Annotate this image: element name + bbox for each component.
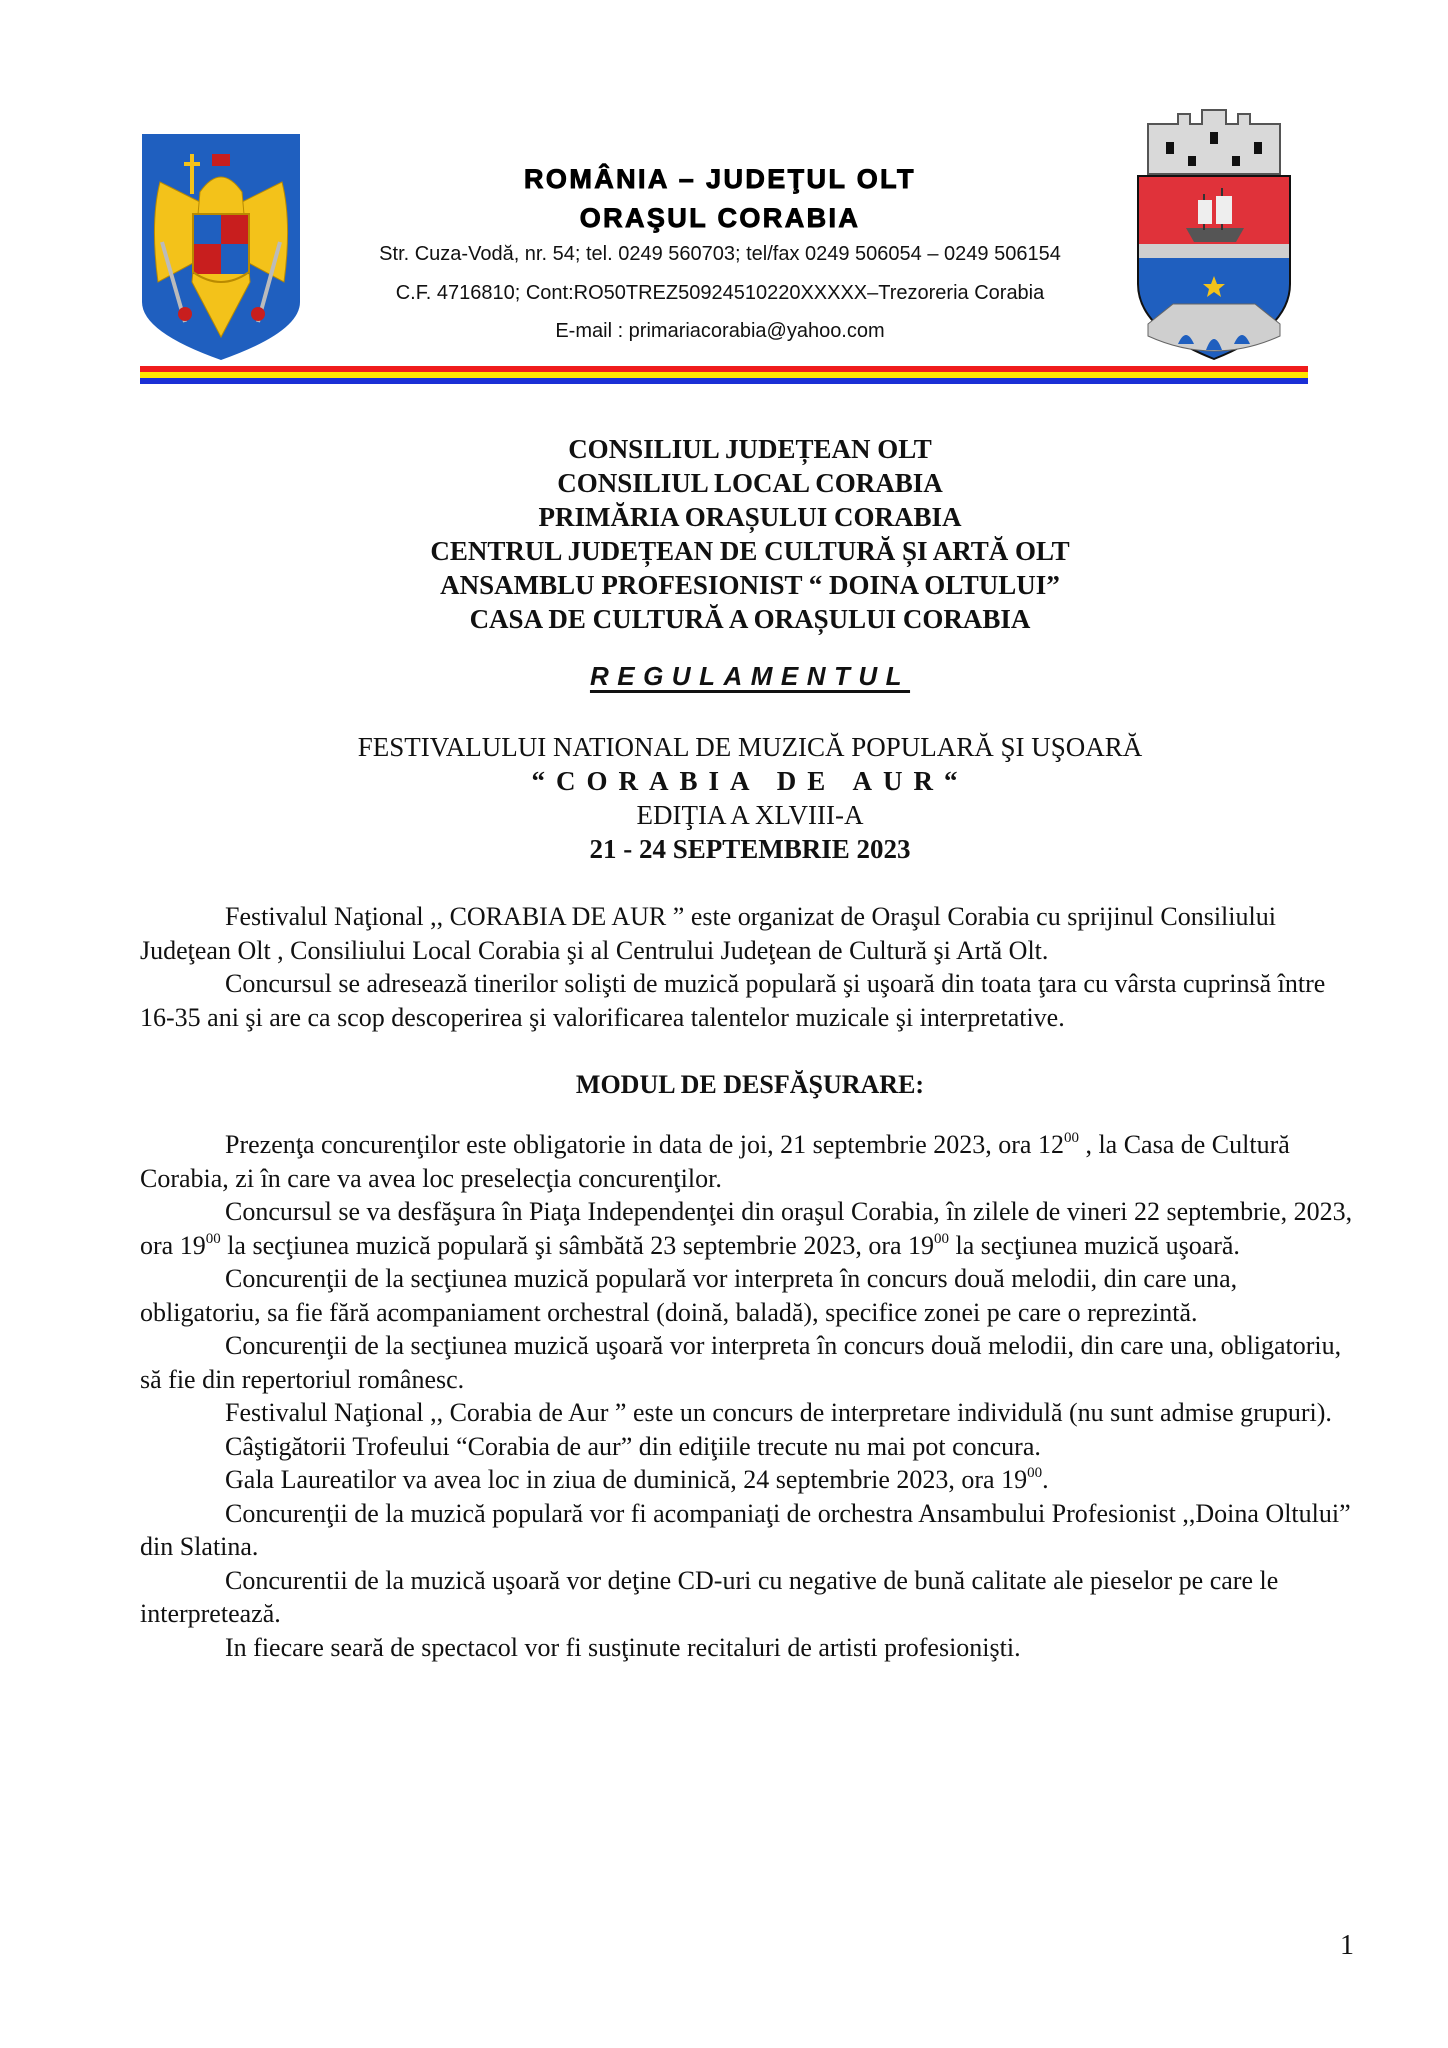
tricolor-divider xyxy=(140,366,1308,384)
institution-line: ANSAMBLU PROFESIONIST “ DOINA OLTULUI” xyxy=(200,568,1300,602)
institutions-list: CONSILIUL JUDEȚEAN OLT CONSILIUL LOCAL C… xyxy=(200,432,1300,636)
festival-dates: 21 - 24 SEPTEMBRIE 2023 xyxy=(200,832,1300,866)
header-address: Str. Cuza-Vodă, nr. 54; tel. 0249 560703… xyxy=(310,243,1130,266)
header-email: E-mail : primariacorabia@yahoo.com xyxy=(310,320,1130,343)
document-title: REGULAMENTUL xyxy=(200,661,1300,692)
rule-paragraph: Concurenţii de la muzică populară vor fi… xyxy=(140,1497,1355,1564)
rule-paragraph: Gala Laureatilor va avea loc in ziua de … xyxy=(140,1463,1355,1497)
institution-line: CONSILIUL JUDEȚEAN OLT xyxy=(200,432,1300,466)
intro-section: Festivalul Naţional ,, CORABIA DE AUR ” … xyxy=(140,900,1355,1034)
rule-paragraph: Concursul se va desfăşura în Piaţa Indep… xyxy=(140,1195,1355,1262)
institution-line: CASA DE CULTURĂ A ORAȘULUI CORABIA xyxy=(200,602,1300,636)
intro-paragraph: Festivalul Naţional ,, CORABIA DE AUR ” … xyxy=(140,900,1355,967)
rule-paragraph: In fiecare seară de spectacol vor fi sus… xyxy=(140,1631,1355,1665)
festival-full-name: FESTIVALULUI NATIONAL DE MUZICĂ POPULARĂ… xyxy=(200,730,1300,764)
document-title-text: REGULAMENTUL xyxy=(590,661,910,691)
institution-line: CENTRUL JUDEȚEAN DE CULTURĂ ȘI ARTĂ OLT xyxy=(200,534,1300,568)
rule-paragraph: Concurenţii de la secţiunea muzică popul… xyxy=(140,1262,1355,1329)
rule-paragraph: Concurentii de la muzică uşoară vor deţi… xyxy=(140,1564,1355,1631)
page-number: 1 xyxy=(1340,1930,1354,1962)
rule-paragraph: Câştigătorii Trofeului “Corabia de aur” … xyxy=(140,1430,1355,1464)
institution-line: PRIMĂRIA ORAȘULUI CORABIA xyxy=(200,500,1300,534)
intro-paragraph: Concursul se adresează tinerilor solişti… xyxy=(140,967,1355,1034)
rule-paragraph: Prezenţa concurenţilor este obligatorie … xyxy=(140,1128,1355,1195)
rules-section: Prezenţa concurenţilor este obligatorie … xyxy=(140,1128,1355,1664)
header-title-town: ORAŞUL CORABIA xyxy=(310,203,1130,234)
institution-line: CONSILIUL LOCAL CORABIA xyxy=(200,466,1300,500)
festival-heading: FESTIVALULUI NATIONAL DE MUZICĂ POPULARĂ… xyxy=(200,730,1300,866)
festival-name: “CORABIA DE AUR“ xyxy=(200,764,1300,798)
header-fiscal-info: C.F. 4716810; Cont:RO50TREZ50924510220XX… xyxy=(310,282,1130,305)
header-title-country: ROMÂNIA – JUDEŢUL OLT xyxy=(310,164,1130,195)
rule-paragraph: Concurenţii de la secţiunea muzică uşoar… xyxy=(140,1329,1355,1396)
romania-coat-of-arms-icon xyxy=(140,132,302,362)
section-title: MODUL DE DESFĂŞURARE: xyxy=(200,1070,1300,1100)
corabia-coat-of-arms-icon xyxy=(1128,104,1300,360)
rule-paragraph: Festivalul Naţional ,, Corabia de Aur ” … xyxy=(140,1396,1355,1430)
festival-edition: EDIŢIA A XLVIII-A xyxy=(200,798,1300,832)
